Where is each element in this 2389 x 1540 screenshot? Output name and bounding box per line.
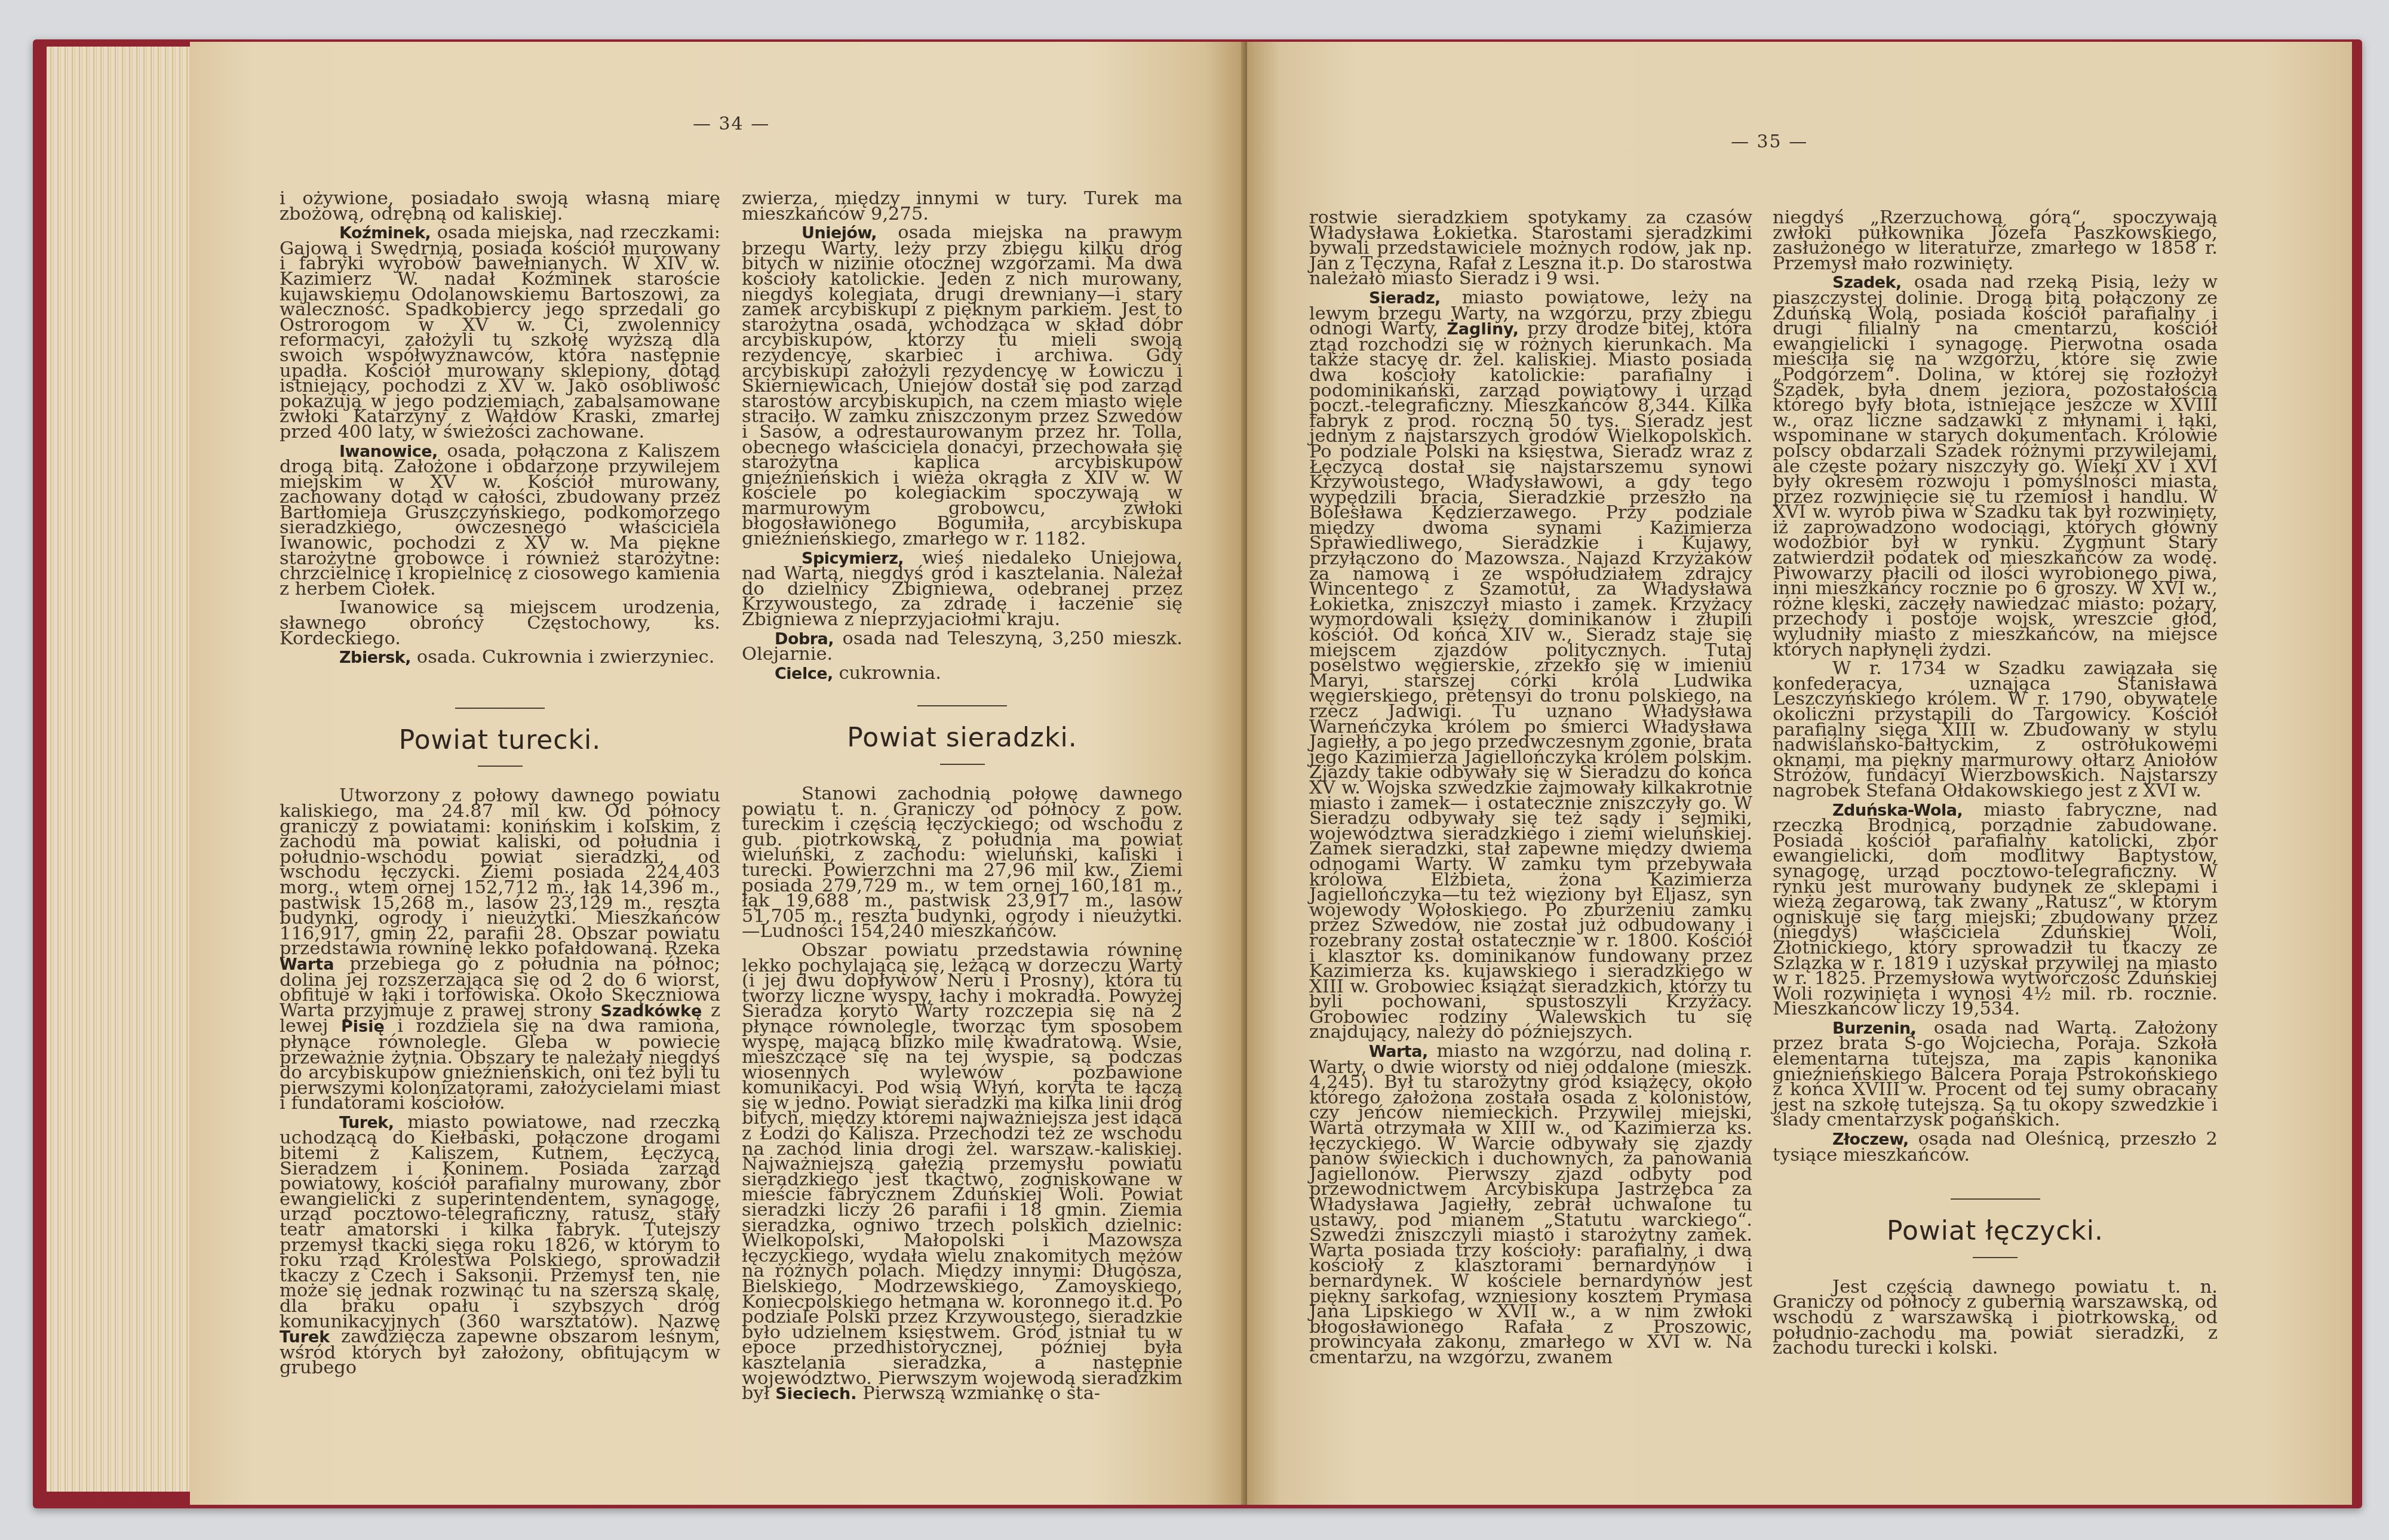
entry-text: osada. Cukrownia i zwierzyniec. — [417, 647, 715, 668]
entry-text: osada, połączona z Kaliszem drogą bitą. … — [280, 441, 720, 600]
column-2: zwierza, między innymi w tury. Turek ma … — [742, 191, 1183, 1406]
section-title: Powiat łęczycki. — [1773, 1224, 2218, 1239]
section-header: Powiat sieradzki. — [742, 705, 1183, 765]
page-number: — 35 — — [1731, 131, 1808, 152]
entry-iwanowice: Iwanowice, osada, połączona z Kaliszem d… — [280, 444, 720, 597]
paragraph: zwierza, między innymi w tury. Turek ma … — [742, 191, 1183, 222]
section-header: Powiat łęczycki. — [1773, 1198, 2218, 1258]
entry-sieradz: Sieradz, miasto powiatowe, leży na lewym… — [1309, 290, 1752, 1040]
entry-text: osada nad rzeką Pisią, leży w piaszczyst… — [1773, 272, 2218, 660]
entry-zdunska-wola: Zduńska-Wola, miasto fabryczne, nad rzec… — [1773, 803, 2218, 1017]
entry-text: miasto fabryczne, nad rzeczką Brodnicą, … — [1773, 800, 2218, 1020]
section-title: Powiat turecki. — [280, 733, 720, 748]
entry-text: osada miejska na prawym brzegu Warty, le… — [742, 222, 1183, 549]
entry-text: zawdzięcza zapewne obszarom leśnym, wśró… — [280, 1326, 720, 1378]
entry-zbiersk: Zbiersk, osada. Cukrownia i zwierzyniec. — [280, 650, 720, 666]
entry-zloczew: Złoczew, osada nad Oleśnicą, przeszło 2 … — [1773, 1132, 2218, 1163]
entry-text: osada nad Wartą. Założony przez brata Ś-… — [1773, 1018, 2218, 1131]
text: Pierwszą wzmiankę o sta- — [862, 1383, 1100, 1404]
divider — [917, 705, 1007, 706]
section-intro: Jest częścią dawnego powiatu t. n. Grani… — [1773, 1280, 2218, 1356]
paragraph: W r. 1734 w Szadku zawiązała się konfede… — [1773, 661, 2218, 798]
entry-spicymierz: Spicymierz, wieś niedaleko Uniejowa, nad… — [742, 551, 1183, 628]
paragraph: niegdyś „Rzerzuchową górą“, spoczywają z… — [1773, 210, 2218, 271]
column-2: niegdyś „Rzerzuchową górą“, spoczywają z… — [1773, 210, 2218, 1360]
entry-uniejow: Uniejów, osada miejska na prawym brzegu … — [742, 225, 1183, 546]
divider — [1973, 1257, 2018, 1258]
entry-text: osada miejska, nad rzeczkami: Gajową i S… — [280, 222, 720, 442]
text: Obszar powiatu przedstawia równinę lekko… — [742, 940, 1183, 1404]
divider — [478, 766, 523, 767]
entry-heading: Zbiersk, — [339, 648, 411, 667]
entry-warta: Warta, miasto na wzgórzu, nad doliną r. … — [1309, 1044, 1752, 1365]
page-35: — 35 — rostwie sieradzkiem spotykamy za … — [1247, 42, 2352, 1505]
text: Utworzony z połowy dawnego powiatu kalis… — [280, 785, 720, 959]
bold-term: Sieciech. — [775, 1385, 856, 1403]
entry-text: miasto na wzgórzu, nad doliną r. Warty, … — [1309, 1041, 1752, 1368]
page-34: — 34 — i ożywione, posiadało swoją własn… — [190, 42, 1247, 1505]
section-intro: Utworzony z połowy dawnego powiatu kalis… — [280, 788, 720, 1111]
column-1: rostwie sieradzkiem spotykamy za czasów … — [1309, 210, 1752, 1369]
paragraph: Obszar powiatu przedstawia równinę lekko… — [742, 943, 1183, 1402]
entry-text: cukrownia. — [839, 663, 941, 684]
paragraph: Iwanowice są miejscem urodzenia, sławneg… — [280, 600, 720, 646]
page-number: — 34 — — [693, 113, 770, 134]
paragraph: rostwie sieradzkiem spotykamy za czasów … — [1309, 210, 1752, 287]
section-header: Powiat turecki. — [280, 708, 720, 767]
entry-cielce: Cielce, cukrownia. — [742, 666, 1183, 682]
column-1: i ożywione, posiadało swoją własną miarę… — [280, 191, 720, 1379]
divider — [1951, 1198, 2040, 1200]
entry-heading: Cielce, — [775, 665, 833, 683]
divider — [940, 764, 985, 765]
entry-text: miasto powiatowe, nad rzeczką uchodzącą … — [280, 1112, 720, 1332]
divider — [455, 708, 545, 709]
paragraph: i ożywione, posiadało swoją własną miarę… — [280, 191, 720, 222]
entry-kozminek: Koźminek, osada miejska, nad rzeczkami: … — [280, 225, 720, 439]
section-intro: Stanowi zachodnią połowę dawnego powiatu… — [742, 786, 1183, 939]
entry-szadek: Szadek, osada nad rzeką Pisią, leży w pi… — [1773, 275, 2218, 657]
entry-turek: Turek, miasto powiatowe, nad rzeczką uch… — [280, 1115, 720, 1376]
entry-burzenin: Burzenin, osada nad Wartą. Założony prze… — [1773, 1020, 2218, 1128]
entry-text: przy drodze bitej, która ztąd rozchodzi … — [1309, 318, 1752, 1043]
page-edges — [47, 47, 190, 1492]
section-title: Powiat sieradzki. — [742, 730, 1183, 746]
entry-dobra: Dobra, osada nad Teleszyną, 3,250 mieszk… — [742, 631, 1183, 662]
